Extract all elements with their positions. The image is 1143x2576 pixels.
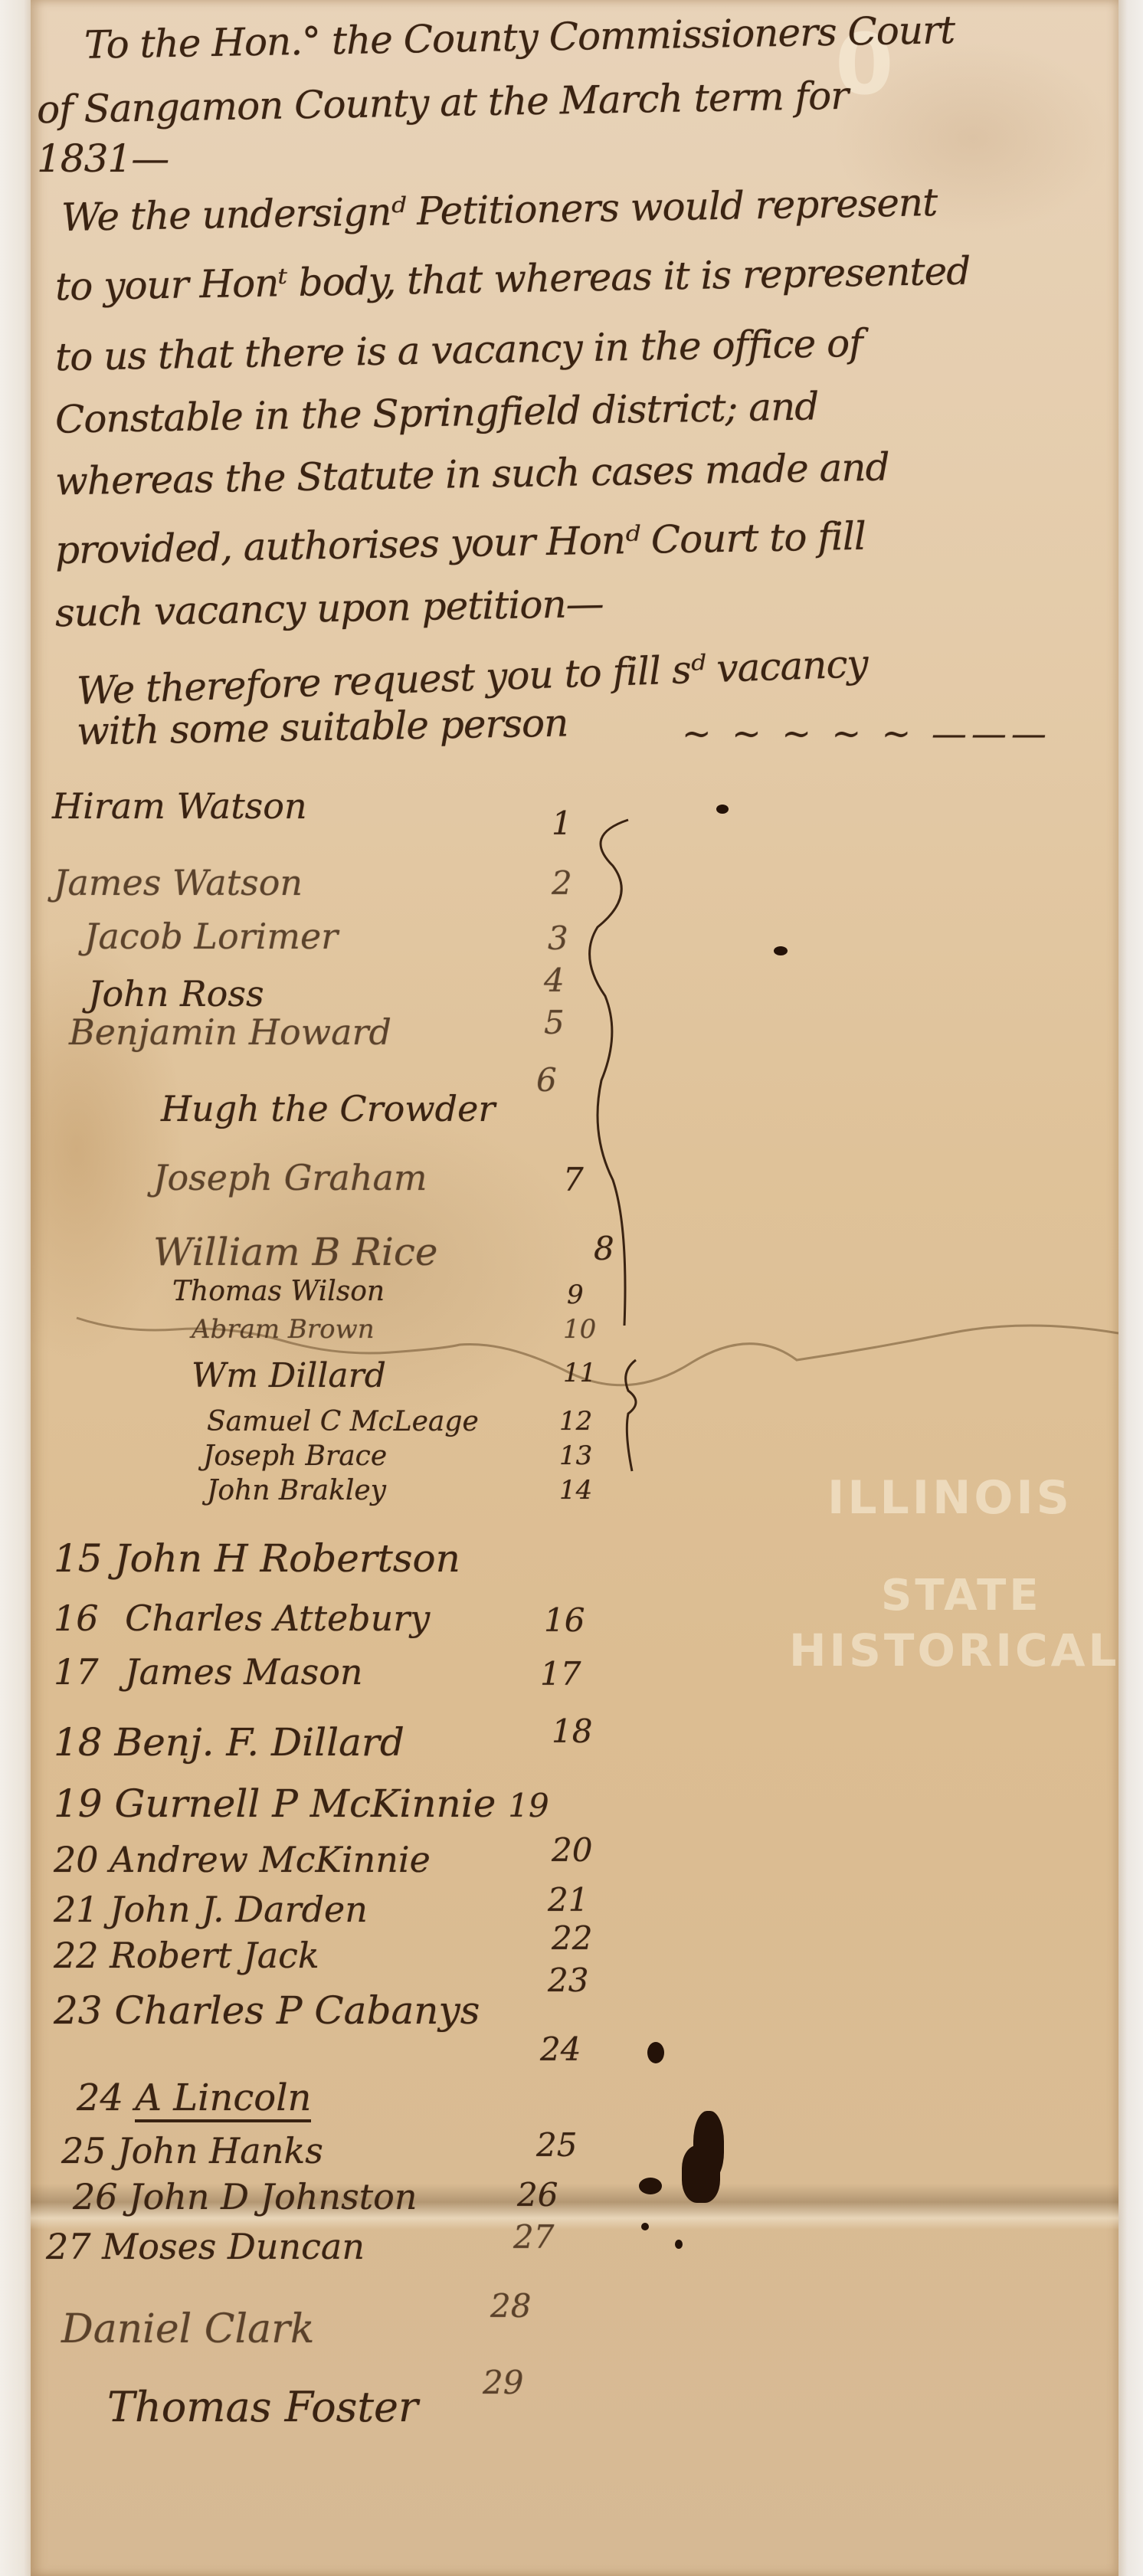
signature-number: 23 bbox=[54, 1988, 103, 2033]
watermark-line-2: STATE bbox=[881, 1571, 1042, 1621]
signature-number: 3 bbox=[548, 919, 568, 957]
signature-name: Jacob Lorimer bbox=[84, 916, 338, 957]
signature-row-22: 22 Robert Jack bbox=[54, 1935, 319, 1976]
signature-number: 23 bbox=[548, 1961, 588, 1999]
signature-number: 11 bbox=[563, 1358, 596, 1388]
signature-number: 20 bbox=[54, 1839, 99, 1880]
signature-name: Hiram Watson bbox=[52, 785, 307, 827]
signature-row-16: 16 Charles Attebury bbox=[54, 1598, 430, 1639]
signature-name: Joseph Brace bbox=[203, 1440, 387, 1472]
signature-number: 20 bbox=[552, 1831, 592, 1869]
signature-number: 7 bbox=[563, 1161, 584, 1198]
signature-number: 24 bbox=[540, 2030, 581, 2068]
signature-row-15: 15 John H Robertson bbox=[54, 1536, 460, 1581]
signature-number: 6 bbox=[536, 1061, 557, 1099]
ink-blot bbox=[639, 2178, 662, 2194]
signature-number: 16 bbox=[544, 1601, 585, 1639]
signature-number: 15 bbox=[54, 1536, 103, 1581]
signature-number: 12 bbox=[559, 1406, 592, 1437]
signature-number: 27 bbox=[513, 2218, 554, 2256]
bracket-group-1 bbox=[582, 812, 644, 1333]
signature-number: 14 bbox=[559, 1475, 592, 1506]
signature-number: 26 bbox=[517, 2176, 558, 2214]
signature-row-26: 26 John D Johnston bbox=[73, 2176, 417, 2217]
signature-name: Abram Brown bbox=[192, 1314, 375, 1345]
signature-name: James Watson bbox=[54, 862, 303, 903]
signature-number: 28 bbox=[490, 2287, 531, 2325]
signature-name: James Mason bbox=[125, 1651, 362, 1693]
signature-name: Thomas Wilson bbox=[172, 1276, 385, 1307]
signature-number: 1 bbox=[552, 805, 572, 842]
signature-name: Samuel C McLeage bbox=[207, 1406, 479, 1437]
signature-name: Gurnell P McKinnie bbox=[115, 1781, 496, 1826]
signature-number: 4 bbox=[544, 962, 565, 999]
signature-number: 16 bbox=[54, 1598, 99, 1639]
signature-number: 22 bbox=[552, 1919, 592, 1957]
signature-number: 18 bbox=[552, 1712, 592, 1750]
signature-name: Joseph Graham bbox=[153, 1157, 427, 1198]
signature-row-25: 25 John Hanks bbox=[61, 2130, 323, 2171]
body-line-9: with some suitable person bbox=[77, 700, 568, 753]
signature-name: John Brakley bbox=[207, 1475, 386, 1506]
signature-number: 25 bbox=[536, 2126, 577, 2164]
mount-backdrop-left bbox=[0, 0, 34, 2576]
ink-blot bbox=[675, 2240, 683, 2249]
signature-row-23: 23 Charles P Cabanys bbox=[54, 1988, 480, 2033]
signature-name: Charles Attebury bbox=[125, 1598, 430, 1639]
signature-number: 21 bbox=[548, 1881, 588, 1919]
signature-name: John Hanks bbox=[117, 2130, 323, 2171]
ink-blot bbox=[647, 2042, 664, 2063]
signature-number: 27 bbox=[46, 2226, 91, 2267]
signature-row-20: 20 Andrew McKinnie bbox=[54, 1839, 431, 1880]
signature-row-18: 18 Benj. F. Dillard bbox=[54, 1720, 404, 1765]
signature-row-17: 17 James Mason bbox=[54, 1651, 363, 1693]
signature-name: John Ross bbox=[88, 973, 264, 1014]
signature-number: 19 bbox=[54, 1781, 103, 1826]
signature-name-lincoln: A Lincoln bbox=[135, 2076, 311, 2122]
signature-name: Charles P Cabanys bbox=[115, 1988, 480, 2033]
signature-row-27: 27 Moses Duncan bbox=[46, 2226, 365, 2267]
signature-number: 13 bbox=[559, 1440, 592, 1471]
signature-name: Thomas Foster bbox=[107, 2383, 418, 2431]
signature-number: 26 bbox=[73, 2176, 118, 2217]
signature-number: 17 bbox=[540, 1655, 581, 1693]
signature-number: 24 bbox=[77, 2076, 123, 2119]
bracket-group-2 bbox=[621, 1356, 659, 1479]
signature-number: 17 bbox=[54, 1651, 99, 1693]
signature-number: 22 bbox=[54, 1935, 99, 1976]
heading-date: 1831— bbox=[37, 136, 169, 181]
watermark-line-1: ILLINOIS bbox=[827, 1471, 1073, 1525]
signature-name: Andrew McKinnie bbox=[110, 1839, 431, 1880]
ink-blot bbox=[682, 2145, 720, 2203]
signature-name: Benjamin Howard bbox=[69, 1011, 391, 1053]
signature-number: 21 bbox=[54, 1889, 99, 1930]
signature-name: Hugh the Crowder bbox=[161, 1088, 495, 1129]
signature-name: William B Rice bbox=[153, 1230, 437, 1274]
signature-name: John D Johnston bbox=[129, 2176, 417, 2217]
signature-name: John J. Darden bbox=[110, 1889, 368, 1930]
signature-number: 9 bbox=[567, 1280, 584, 1310]
signature-number: 2 bbox=[552, 864, 572, 902]
watermark-line-3: HISTORICAL bbox=[789, 1624, 1119, 1676]
signature-name: John H Robertson bbox=[115, 1536, 460, 1581]
mount-backdrop-right bbox=[1117, 0, 1143, 2576]
signature-number: 18 bbox=[54, 1720, 103, 1765]
signature-row-21: 21 John J. Darden bbox=[54, 1889, 368, 1930]
signature-name: Moses Duncan bbox=[102, 2226, 365, 2267]
signature-name: Wm Dillard bbox=[192, 1356, 386, 1395]
signature-row-24-lincoln: 24 A Lincoln bbox=[77, 2076, 311, 2119]
signature-number: 5 bbox=[544, 1004, 565, 1041]
signature-name: Benj. F. Dillard bbox=[115, 1720, 404, 1765]
signature-name: Robert Jack bbox=[110, 1935, 319, 1976]
ink-blot bbox=[641, 2223, 649, 2230]
signature-name: Daniel Clark bbox=[61, 2306, 315, 2352]
signature-number: 29 bbox=[483, 2364, 523, 2401]
signature-number: 25 bbox=[61, 2130, 106, 2171]
ink-blot bbox=[716, 805, 729, 814]
signature-row-19: 19 Gurnell P McKinnie 19 bbox=[54, 1781, 549, 1826]
signature-number: 19 bbox=[508, 1787, 549, 1824]
ink-blot bbox=[774, 946, 788, 955]
flourish-line: ~ ~ ~ ~ ~ ——— bbox=[682, 713, 1051, 754]
